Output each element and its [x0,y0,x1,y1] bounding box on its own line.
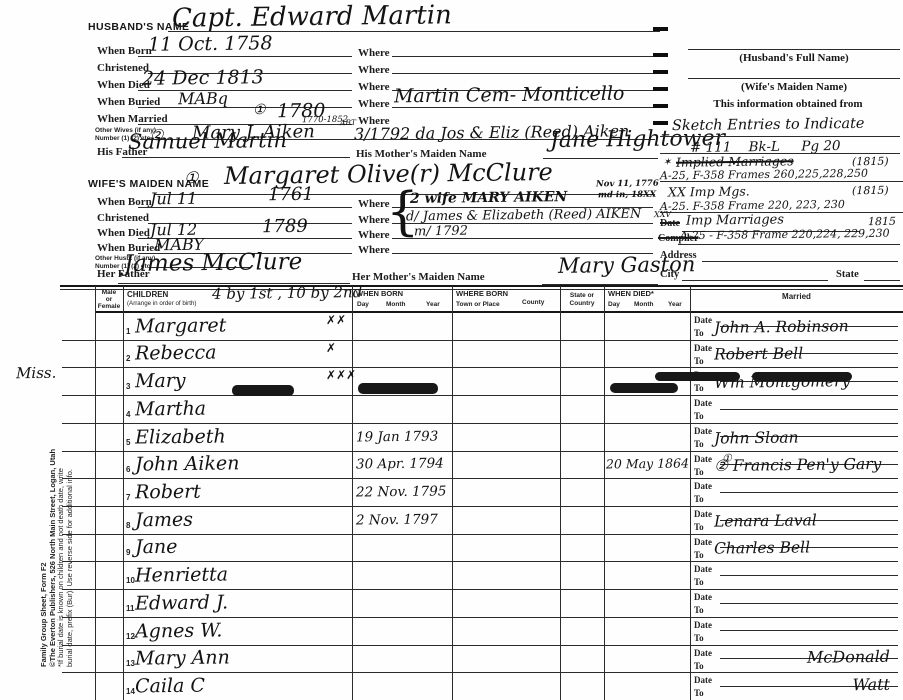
husband-christened-where-label: Where [358,64,390,76]
ink-scribble [232,385,294,396]
married-date-label: Date [694,592,712,602]
married-date-line [720,630,898,631]
family-group-sheet: HUSBAND'S NAME Capt. Edward Martin When … [0,0,903,700]
child-name: Edward J. [135,591,228,614]
wife-born-day: Jul 11 [150,189,198,209]
married-date-label: Date [694,481,712,491]
table-top-rule [60,285,903,287]
line-end-dash [653,53,668,57]
her-father-value: James McClure [124,249,303,277]
header-when-born: WHEN BORN [356,290,403,299]
row-line [62,506,898,507]
married-to-value: McDonald [690,647,890,668]
ink-scribble [655,372,740,381]
header-where-born: WHERE BORN [456,290,508,299]
married-to-label: To [694,328,704,338]
check-mark: ✗✗ [326,313,346,327]
married-to-label: To [694,577,704,587]
source-line-5: XX Imp Mgs. [668,184,750,200]
row-number: 5 [126,438,130,447]
row-line [62,451,898,452]
wife-christened-label: Christened [97,212,149,224]
child-name: Henrietta [135,564,228,587]
table-vline [452,286,453,700]
his-father-value: Samuel Martin [128,128,287,154]
married-date-label: Date [694,537,712,547]
husband-married-num: ① [253,102,266,118]
table-vline [352,286,353,700]
child-name: Caila C [135,674,205,697]
wife-buried-where-label: Where [358,244,390,256]
row-line [62,589,898,590]
footer-line-4: burial date, prefix (Bur). Use reverse s… [66,417,75,667]
married-date-label: Date [694,454,712,464]
table-vline [123,286,124,700]
child-name: Mary [135,370,186,393]
wife-annotation-1: 2 wife MARY AIKEN [410,189,567,207]
husband-born-value: 11 Oct. 1758 [148,32,273,56]
header-married: Married [690,292,903,301]
married-date-label: Date [694,315,712,325]
line-end-dash [653,87,668,91]
her-mother-label: Her Mother's Maiden Name [352,271,485,283]
field-line [138,90,352,91]
row-number: 14 [126,687,135,696]
field-line [138,56,352,57]
row-number: 12 [126,632,135,641]
husband-buried-where-value: Martin Cem- Monticello [394,83,625,108]
field-line [122,157,350,158]
married-to-label: To [694,467,704,477]
row-line [62,340,898,341]
field-line [392,56,653,57]
date-value: Imp Marriages [686,212,784,228]
wife-maiden-name-caption: (Wife's Maiden Name) [688,81,900,93]
check-mark: ✗ [326,341,336,355]
city-label: City [660,269,679,280]
table-vline [560,286,561,700]
wife-annotation-1-sup1: Nov 11, 1776 [596,179,659,190]
married-date-label: Date [694,620,712,630]
source-line-4: A-25, F-358 Frames 260,225,228,250 [660,167,868,183]
table-header-rule [95,311,903,313]
wife-born-where-label: Where [358,198,390,210]
row-number: 7 [126,493,130,502]
header-state-1: State or [560,292,604,299]
table-vline [690,286,691,700]
married-to-value: ② Francis Pen'y Gary [714,455,882,475]
city-line [682,280,828,281]
married-to-value: Lenara Laval [714,511,817,530]
child-name: Margaret [135,314,227,337]
table-vline [95,286,96,700]
full-name-line [688,49,900,50]
row-line [62,423,898,424]
row-line [62,645,898,646]
date-label: Date [660,218,680,229]
row-line [62,672,898,673]
source-line-3-mark: ✶ [663,157,672,168]
married-to-label: To [694,605,704,615]
wife-annotation-3: m/ 1792 [414,224,468,240]
row-number: 9 [126,548,130,557]
field-line [392,107,653,108]
ink-scribble [610,383,678,393]
row-number: 8 [126,521,130,530]
married-date-label: Date [694,509,712,519]
married-to-label: To [694,550,704,560]
form-footer: Family Group Sheet, Form F2 ©The Everton… [40,417,84,667]
row-line [62,534,898,535]
children-count-note: 4 by 1st , 10 by 2nd [212,283,362,303]
address-label: Address [660,250,697,261]
wife-annotation-2: d/ James & Elizabeth (Reed) AIKEN [406,207,642,225]
husband-buried-value: MABq [178,89,228,109]
married-date-label: Date [694,564,712,574]
line-end-dash [653,27,668,31]
married-to-label: To [694,522,704,532]
field-line [392,73,653,74]
child-born-date: 2 Nov. 1797 [356,511,438,528]
husband-died-value: 24 Dec 1813 [142,66,264,89]
header-sex-3: Female [95,303,123,310]
compiler-value: A-25 - F-358 Frame 220,224, 229,230 [680,227,890,243]
row-number: 4 [126,410,130,419]
married-to-value: John Sloan [714,428,799,447]
married-to-label: To [694,411,704,421]
margin-note: Miss. [16,364,57,382]
husband-died-where-label: Where [358,81,390,93]
source-line [660,136,900,137]
married-to-label: To [694,633,704,643]
child-born-date: 19 Jan 1793 [356,428,438,445]
source-line [660,181,903,182]
married-to-value: Charles Bell [714,539,810,558]
child-name: Elizabeth [135,425,226,448]
source-line-6: A-25. F-358 Frame 220, 223, 230 [660,198,845,213]
married-date-line [720,409,898,410]
compiler-line [678,244,900,245]
husband-full-name-caption: (Husband's Full Name) [688,52,900,64]
row-line [62,561,898,562]
child-name: Robert [135,481,201,504]
husband-name-value: Capt. Edward Martin [172,0,452,33]
wife-christened-where-label: Where [358,214,390,226]
header-born-day: Day [357,301,369,308]
row-number: 11 [126,604,134,613]
ink-scribble [752,372,852,381]
married-to-value: Robert Bell [714,345,803,364]
field-line [543,158,658,159]
row-number: 2 [126,354,130,363]
field-line [138,207,352,208]
source-line-1: Sketch Entries to Indicate [672,116,865,134]
married-date-line [720,492,898,493]
header-county: County [522,299,544,306]
married-to-value: John A. Robinson [714,317,849,337]
married-to-label: To [694,494,704,504]
header-children-sub: (Arrange in order of birth) [127,300,196,307]
child-name: Mary Ann [135,647,230,670]
row-line [62,367,898,368]
married-to-label: To [694,383,704,393]
wife-name-num: ① [184,168,199,187]
married-date-label: Date [694,398,712,408]
header-children: CHILDREN [127,290,168,299]
line-end-dash [653,121,668,125]
row-number: 6 [126,465,130,474]
wife-died-where-label: Where [358,229,390,241]
header-died-day: Day [608,301,620,308]
row-number: 10 [126,576,135,585]
child-name: Agnes W. [135,619,223,642]
table-vline [604,286,605,700]
row-line [62,395,898,396]
married-date-line [720,575,898,576]
state-line [864,280,900,281]
info-obtained-caption: This information obtained from [682,98,894,110]
child-name: John Aiken [135,453,240,476]
child-name: Jane [135,536,178,559]
row-line [62,617,898,618]
header-born-year: Year [426,301,440,308]
header-when-died: WHEN DIED* [608,290,654,299]
child-name: Rebecca [135,342,217,365]
row-number: 13 [126,659,135,668]
married-to-label: To [694,439,704,449]
line-end-dash [653,104,668,108]
ink-scribble [358,383,438,394]
state-label: State [836,269,859,280]
married-date-label: Date [694,426,712,436]
husband-born-where-label: Where [358,47,390,59]
source-line-5-year: (1815) [852,184,889,197]
line-end-dash [653,70,668,74]
header-born-month: Month [386,301,406,308]
child-born-date: 30 Apr. 1794 [356,456,444,473]
child-name: James [135,508,193,531]
header-town-or-place: Town or Place [456,301,500,308]
row-number: 1 [126,327,130,336]
married-date-label: Date [694,343,712,353]
check-mark: ✗✗✗ [326,368,356,382]
husband-buried-where-label: Where [358,98,390,110]
child-died-date: 20 May 1864 [606,456,689,472]
child-name: Martha [135,397,206,420]
wife-died-year: 1789 [262,216,308,238]
wife-born-year: 1761 [268,184,314,206]
married-to-label: To [694,356,704,366]
married-to-value: Watt [690,675,890,696]
row-line [62,478,898,479]
header-died-year: Year [668,301,682,308]
maiden-name-line [688,78,900,79]
married-date-line [720,603,898,604]
child-born-date: 22 Nov. 1795 [356,483,447,500]
header-state-2: Country [560,300,604,307]
row-number: 3 [126,382,130,391]
address-line [702,261,898,262]
header-died-month: Month [634,301,654,308]
wife-annotation-1-sup2: md in, 18XX [598,190,656,201]
